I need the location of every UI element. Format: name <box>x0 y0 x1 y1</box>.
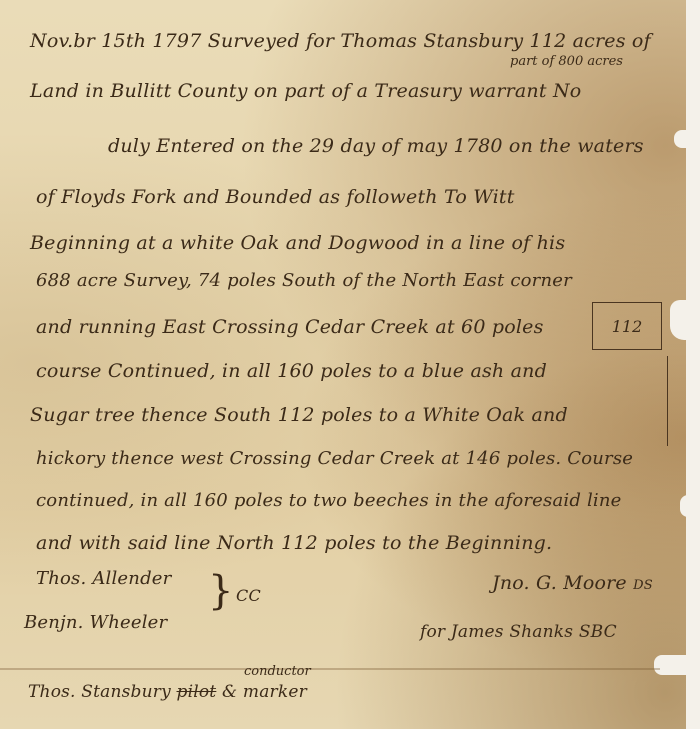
text-line-12: and with said line North 112 poles to th… <box>36 532 552 554</box>
page-edge <box>686 0 700 729</box>
text-line-10: hickory thence west Crossing Cedar Creek… <box>36 448 633 469</box>
for-signature: for James Shanks SBC <box>420 622 617 642</box>
text-line-4: of Floyds Fork and Bounded as followeth … <box>36 186 515 208</box>
pilot-name: Thos. Stansbury <box>28 682 171 702</box>
text-line-11: continued, in all 160 poles to two beech… <box>36 490 622 511</box>
text-line-2: Land in Bullitt County on part of a Trea… <box>30 80 581 102</box>
line-text: Nov.br 15th 1797 Surveyed for Thomas Sta… <box>30 30 651 52</box>
text-line-9: Sugar tree thence South 112 poles to a W… <box>30 404 568 426</box>
text-line-3: duly Entered on the 29 day of may 1780 o… <box>108 135 644 157</box>
surveyor-title: DS <box>633 578 653 593</box>
witness-brace: } <box>208 568 233 614</box>
text-line-7: and running East Crossing Cedar Creek at… <box>36 316 544 338</box>
insertion-note: part of 800 acres <box>510 54 623 69</box>
margin-box-value: 112 <box>612 317 643 336</box>
inserted-word: conductor <box>244 664 311 679</box>
fold-line <box>0 668 660 670</box>
torn-edge <box>670 300 700 340</box>
struck-word: pilot <box>177 682 217 702</box>
surveyor-signature: Jno. G. Moore DS <box>492 572 653 594</box>
text-line-5: Beginning at a white Oak and Dogwood in … <box>30 232 565 254</box>
torn-edge <box>680 495 700 517</box>
margin-rule <box>667 356 668 446</box>
torn-edge <box>674 130 700 148</box>
pilot-line: Thos. Stansbury pilot & marker <box>28 682 307 702</box>
pilot-role: & marker <box>222 682 307 702</box>
text-line-6: 688 acre Survey, 74 poles South of the N… <box>36 270 572 291</box>
text-line-8: course Continued, in all 160 poles to a … <box>36 360 547 382</box>
witness-2: Benjn. Wheeler <box>24 612 167 633</box>
witness-1: Thos. Allender <box>36 568 171 589</box>
torn-edge <box>654 655 700 675</box>
surveyor-name: Jno. G. Moore <box>492 572 627 594</box>
margin-box: 112 <box>592 302 662 350</box>
witness-role: CC <box>236 586 261 605</box>
text-line-1: Nov.br 15th 1797 Surveyed for Thomas Sta… <box>30 30 651 52</box>
